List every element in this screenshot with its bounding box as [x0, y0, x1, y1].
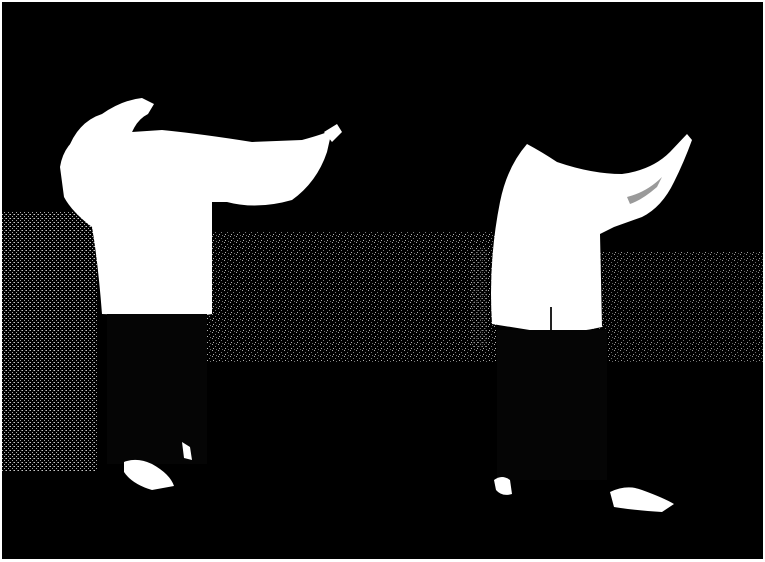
photo-canvas: [2, 2, 763, 559]
photo: [2, 2, 763, 559]
